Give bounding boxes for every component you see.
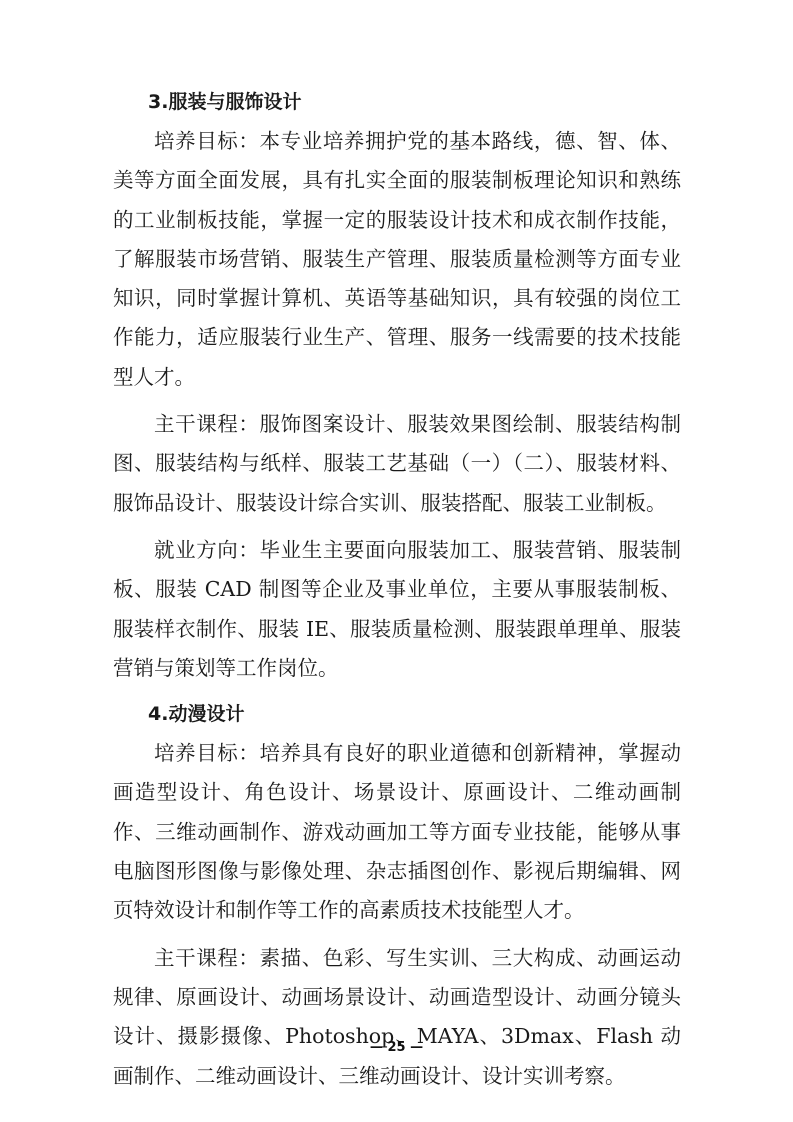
document-page: 3.服装与服饰设计 培养目标：本专业培养拥护党的基本路线，德、智、体、美等方面全… (113, 84, 681, 1104)
paragraph-employment: 就业方向：毕业生主要面向服装加工、服装营销、服装制板、服装 CAD 制图等企业及… (113, 531, 681, 688)
paragraph-main-courses: 主干课程：素描、色彩、写生实训、三大构成、动画运动规律、原画设计、动画场景设计、… (113, 939, 681, 1096)
section-animation-design: 4.动漫设计 培养目标：培养具有良好的职业道德和创新精神，掌握动画造型设计、角色… (113, 696, 681, 1096)
section-heading: 3.服装与服饰设计 (113, 84, 681, 120)
paragraph-training-goal: 培养目标：培养具有良好的职业道德和创新精神，掌握动画造型设计、角色设计、场景设计… (113, 734, 681, 930)
paragraph-training-goal: 培养目标：本专业培养拥护党的基本路线，德、智、体、美等方面全面发展，具有扎实全面… (113, 122, 681, 397)
paragraph-main-courses: 主干课程：服饰图案设计、服装效果图绘制、服装结构制图、服装结构与纸样、服装工艺基… (113, 405, 681, 523)
page-number: — 25 — (0, 1040, 793, 1055)
section-heading: 4.动漫设计 (113, 696, 681, 732)
section-fashion-design: 3.服装与服饰设计 培养目标：本专业培养拥护党的基本路线，德、智、体、美等方面全… (113, 84, 681, 688)
